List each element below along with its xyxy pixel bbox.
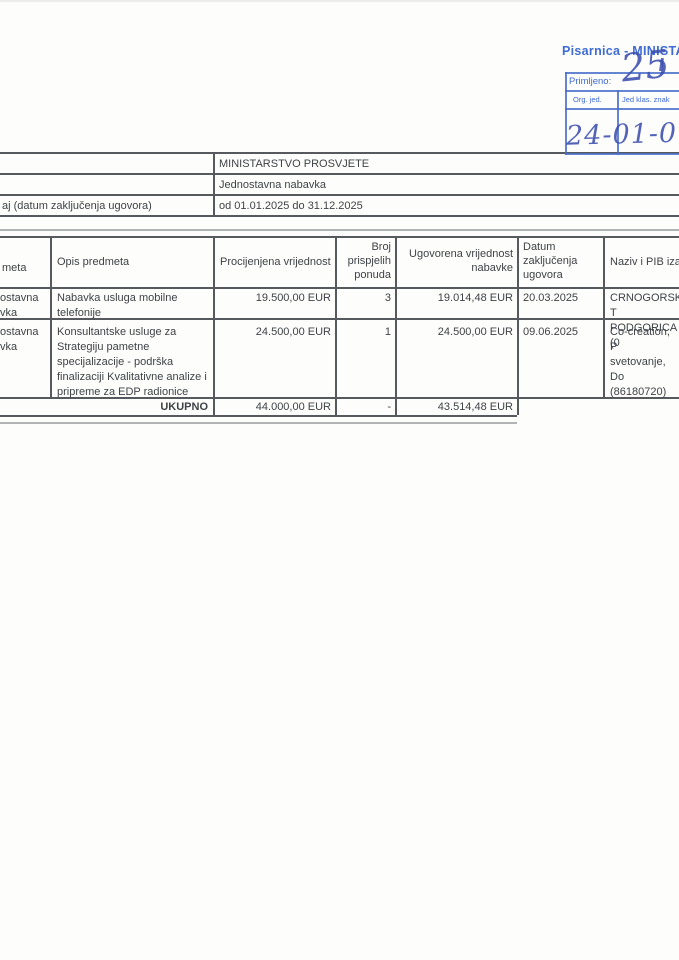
info-value-period: od 01.01.2025 do 31.12.2025 — [219, 199, 363, 214]
info-border-row1 — [0, 173, 679, 175]
cell-datum: 09.06.2025 — [523, 325, 578, 340]
table-border-header-top — [0, 236, 679, 238]
header-naziv-pib: Naziv i PIB izab — [610, 255, 679, 269]
cell-broj-ponuda: 1 — [335, 325, 391, 340]
cell-vrsta: ostavna vka — [0, 291, 46, 321]
stamp-box-bottom — [565, 153, 679, 155]
cell-opis: Nabavka usluga mobilne telefonije — [57, 291, 177, 321]
header-vrsta-predmeta: meta — [2, 261, 26, 275]
info-value-procedure-type: Jednostavna nabavka — [219, 178, 326, 193]
stamp-handwritten-date-number: 25 — [619, 42, 672, 91]
total-label: UKUPNO — [0, 400, 208, 415]
table-col-divider-6 — [603, 236, 605, 397]
cell-ugovorena: 24.500,00 EUR — [395, 325, 513, 340]
scanned-document-page: MINISTARSTVO PROSVJETE Jednostavna nabav… — [0, 0, 679, 960]
table-col-divider-5 — [517, 236, 519, 415]
table-border-outer-bottom — [0, 422, 517, 424]
cell-procijenjena: 24.500,00 EUR — [213, 325, 331, 340]
header-broj-ponuda: Broj prispjelih ponuda — [335, 240, 391, 282]
cell-opis: Konsultantske usluge za Strategiju pamet… — [57, 325, 207, 400]
cell-ugovorena: 19.014,48 EUR — [395, 291, 513, 306]
table-border-total-bottom — [0, 415, 517, 417]
stamp-primljeno-label: Primljeno: — [569, 76, 611, 87]
header-ugovorena-vrijednost: Ugovorena vrijednost nabavke — [397, 247, 513, 275]
stamp-handwritten-org-code: 24-01-01 — [566, 117, 679, 151]
header-opis-predmeta: Opis predmeta — [57, 255, 129, 269]
header-procijenjena-vrijednost: Procijenjena vrijednost — [220, 255, 331, 269]
stamp-org-jed-label: Org. jed. — [573, 95, 602, 104]
header-datum-zakljucenja: Datum zaključenja ugovora — [523, 240, 577, 282]
cell-procijenjena: 19.500,00 EUR — [213, 291, 331, 306]
cell-broj-ponuda: 3 — [335, 291, 391, 306]
info-border-row2 — [0, 194, 679, 196]
total-ugovorena: 43.514,48 EUR — [395, 400, 513, 415]
stamp-box-row2-divider — [565, 108, 679, 110]
stamp-box-row1-divider — [565, 90, 679, 92]
info-label-period: aj (datum zaključenja ugovora) — [2, 199, 152, 214]
cell-naziv-pib: Co-creation, P svetovanje, Do (86180720) — [610, 325, 679, 400]
info-value-ministry: MINISTARSTVO PROSVJETE — [219, 157, 369, 172]
info-border-divider — [213, 152, 215, 216]
cell-vrsta: ostavna vka — [0, 325, 46, 355]
cell-datum: 20.03.2025 — [523, 291, 578, 306]
scan-artifact-top — [0, 0, 679, 2]
info-border-bottom — [0, 215, 679, 217]
table-border-header-bottom — [0, 287, 679, 289]
total-procijenjena: 44.000,00 EUR — [213, 400, 331, 415]
table-border-outer-top — [0, 229, 679, 231]
total-broj-ponuda: - — [335, 400, 391, 415]
stamp-jed-klas-label: Jed klas. znak — [622, 95, 670, 104]
table-col-divider-1 — [50, 236, 52, 397]
